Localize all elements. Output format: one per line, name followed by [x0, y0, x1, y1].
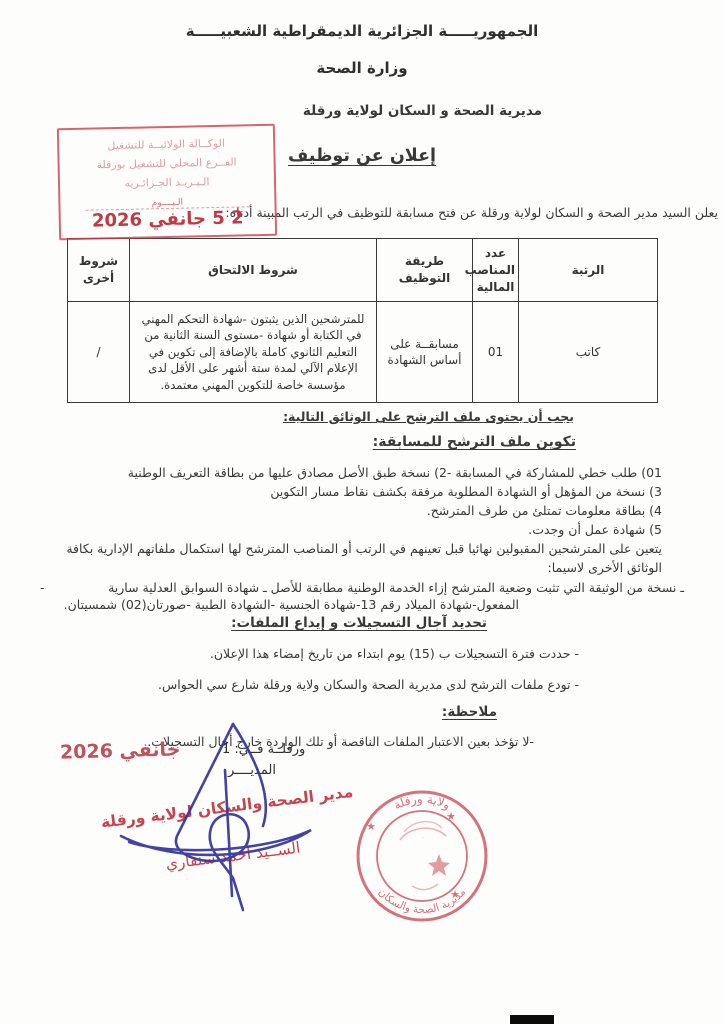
stamp-star-icon: ★ [450, 888, 460, 901]
agency-stamp-line3: الـبـريـد الجـزائـريه [60, 171, 274, 194]
final-admission-note-line1: يتعين على المترشحين المقبولين نهائيا قبل… [0, 539, 724, 558]
cell-requirements: للمترشحين الذين يثبتون -شهادة التحكم الم… [130, 302, 377, 403]
cell-positions: 01 [473, 302, 519, 403]
final-admission-note-line2: الوثائق الأخرى لاسيما: [0, 558, 724, 577]
extra-docs-line2: المفعول-شهادة الميلاد رقم 13-شهادة الجنس… [0, 596, 724, 613]
must-contain-line: يجب أن يحتوى ملف الترشح على الوثائق التا… [0, 408, 724, 425]
col-header-requirements: شروط الالتحاق [130, 239, 377, 302]
deadline-item-deposit-address: - تودع ملفات الترشح لدى مديرية الصحة وال… [0, 676, 724, 693]
scanned-document-page: الجمهوريـــــة الجزائرية الديمقراطية الش… [0, 0, 724, 1024]
col-header-rank: الرتبة [519, 239, 658, 302]
cell-other-conditions: / [68, 302, 130, 403]
table-header-row: الرتبة عدد المناصب المالية طريقة التوظيف… [68, 239, 658, 302]
col-header-method: طريقة التوظيف [377, 239, 473, 302]
list-item: 01) طلب خطي للمشاركة في المسابقة -2) نسخ… [0, 463, 724, 482]
directorate-line: مديرية الصحة و السكان لولاية ورقلة [0, 103, 724, 119]
table-row: كاتب 01 مسابقــة على أساس الشهادة للمترش… [68, 302, 658, 403]
extra-docs-text: ـ نسخة من الوثيقة التي تثبت وضعية المترش… [108, 579, 684, 596]
deadline-item-registration-period: - حددت فترة التسجيلات ب (15) يوم ابتداء … [0, 645, 724, 662]
list-item: 3) نسخة من المؤهل أو الشهادة المطلوبة مر… [0, 482, 724, 501]
col-header-other: شروط أخرى [68, 239, 130, 302]
extra-docs-dash: - [40, 579, 45, 596]
dossier-items-list: 01) طلب خطي للمشاركة في المسابقة -2) نسخ… [0, 463, 724, 577]
col-header-positions: عدد المناصب المالية [473, 239, 519, 302]
agency-stamp-date: 2 5 جانفي 2026 [86, 206, 250, 232]
algeria-emblem-icon [398, 822, 450, 890]
list-item: 5) شهادة عمل أن وجدت. [0, 520, 724, 539]
dossier-section-heading: تكوين ملف الترشح للمسابقة: [0, 434, 724, 450]
employment-agency-stamp: الوكــالة الولائيــة للتشغيل الفــرع الم… [57, 124, 277, 241]
redaction-bar [510, 1015, 554, 1024]
extra-docs-line1: ـ نسخة من الوثيقة التي تثبت وضعية المترش… [0, 579, 724, 596]
deadlines-section-heading: تحديد آجال التسجيلات و إيداع الملفات: [0, 615, 724, 631]
cell-method: مسابقــة على أساس الشهادة [377, 302, 473, 403]
ministry-header: وزارة الصحة [0, 59, 724, 77]
handwritten-signature [105, 718, 360, 913]
cell-rank: كاتب [519, 302, 658, 403]
recruitment-table: الرتبة عدد المناصب المالية طريقة التوظيف… [67, 238, 658, 403]
list-item: 4) بطاقة معلومات تمتلئ من طرف المترشح. [0, 501, 724, 520]
republic-header: الجمهوريـــــة الجزائرية الديمقراطية الش… [0, 0, 724, 40]
stamp-star-icon: ★ [446, 810, 456, 823]
